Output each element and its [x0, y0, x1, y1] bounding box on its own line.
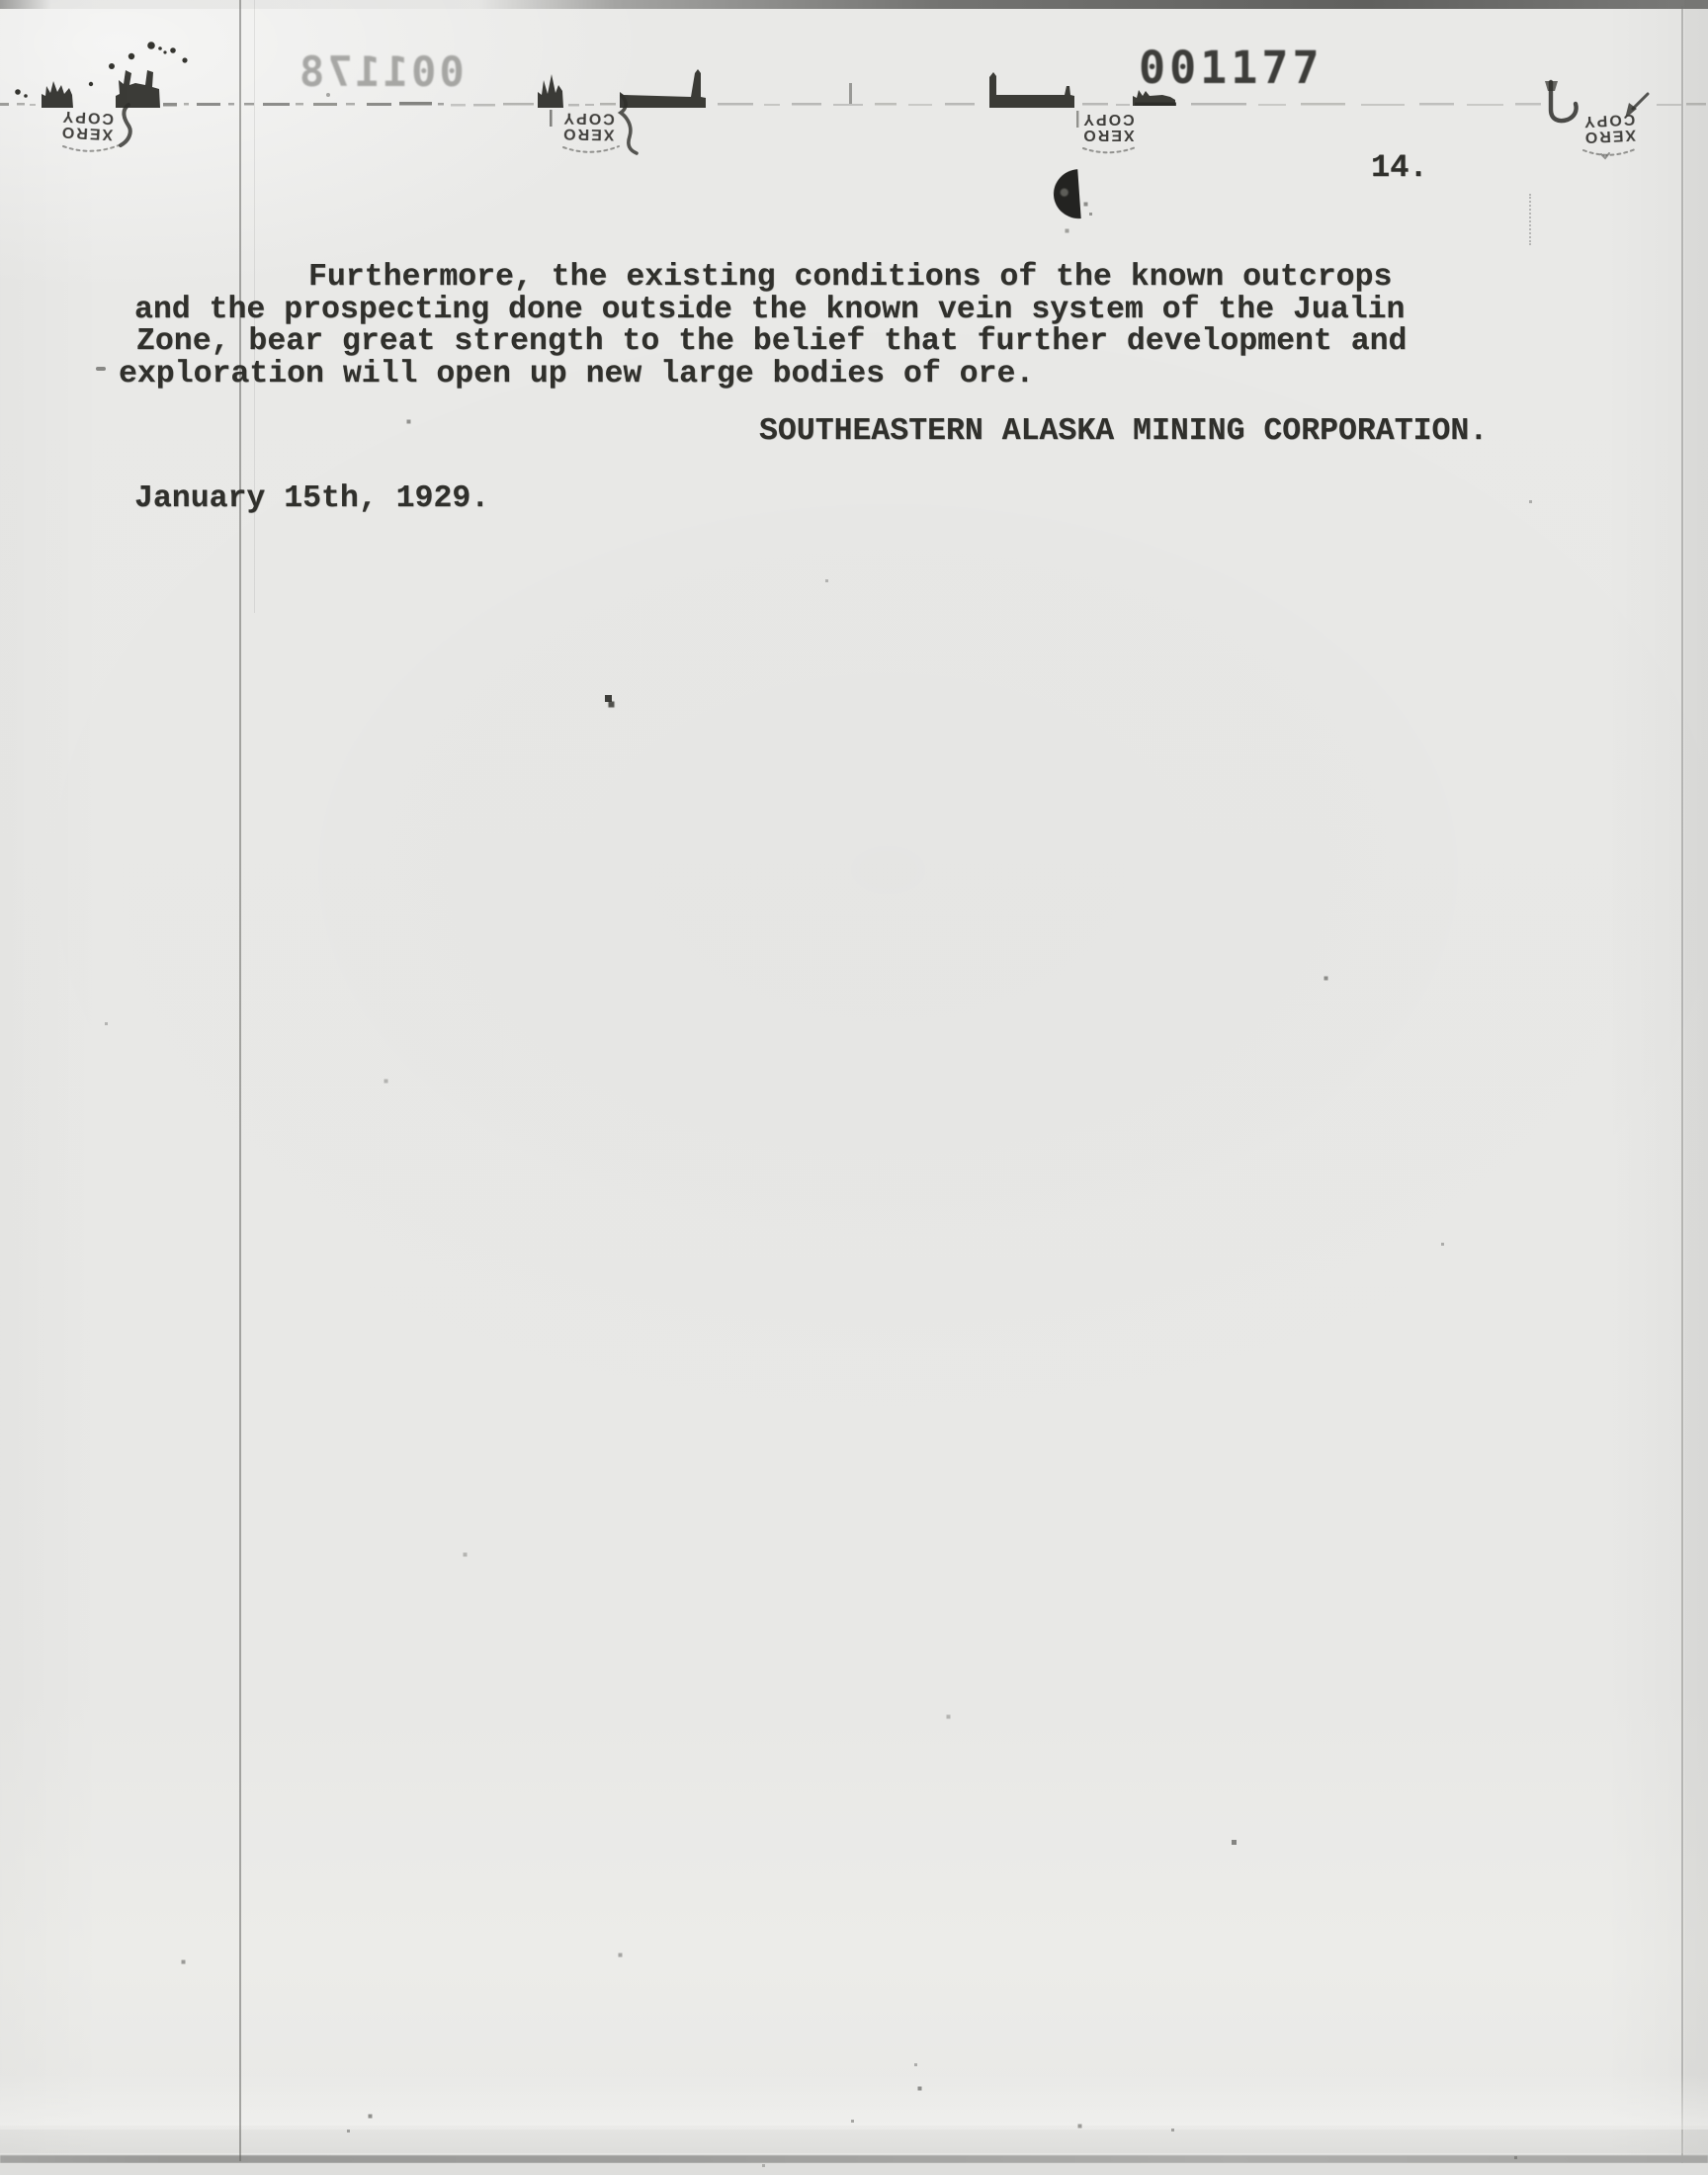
- xero-stamp-line2: COPY: [1076, 112, 1140, 128]
- xero-copy-stamp: XERO COPY: [54, 108, 120, 141]
- xero-stamp-line2: COPY: [55, 108, 120, 127]
- bleedthrough-number-stamp: 001178: [297, 47, 465, 96]
- xero-stamp-line2: COPY: [1577, 111, 1641, 130]
- xero-copy-stamp: XERO COPY: [556, 110, 621, 141]
- xero-stamp-line1: XERO: [1076, 128, 1140, 143]
- paper-edge-seam: [1681, 6, 1683, 2175]
- page-number: 14.: [1371, 152, 1428, 184]
- paper-tone-band: [0, 2074, 1708, 2130]
- xero-stamp-line1: XERO: [556, 126, 620, 142]
- signature-company-line: SOUTHEASTERN ALASKA MINING CORPORATION.: [759, 416, 1488, 448]
- scan-edge-bottom: [0, 2155, 1708, 2163]
- xero-copy-stamp: XERO COPY: [1076, 112, 1140, 142]
- paragraph-line-2: and the prospecting done outside the kno…: [134, 295, 1405, 326]
- header-ink-marks: [0, 0, 1708, 257]
- date-line: January 15th, 1929.: [134, 483, 489, 515]
- scan-edge-below: [0, 2163, 1708, 2175]
- paragraph-line-3: Zone, bear great strength to the belief …: [136, 326, 1407, 358]
- margin-dash-mark: [96, 367, 106, 371]
- paper-mottle-band: [0, 2126, 1708, 2153]
- scanned-document-page: 001178 001177 XERO COPY XERO COPY XERO C…: [0, 0, 1708, 2175]
- xero-copy-stamp: XERO COPY: [1577, 111, 1642, 144]
- bates-number-stamp: 001177: [1139, 42, 1324, 94]
- paragraph-line-1: Furthermore, the existing conditions of …: [308, 262, 1392, 294]
- xero-stamp-line2: COPY: [556, 110, 620, 127]
- scan-edge-right-strip: [1684, 0, 1708, 2175]
- paper-specks: [0, 0, 1, 1]
- paragraph-line-4: exploration will open up new large bodie…: [119, 359, 1034, 391]
